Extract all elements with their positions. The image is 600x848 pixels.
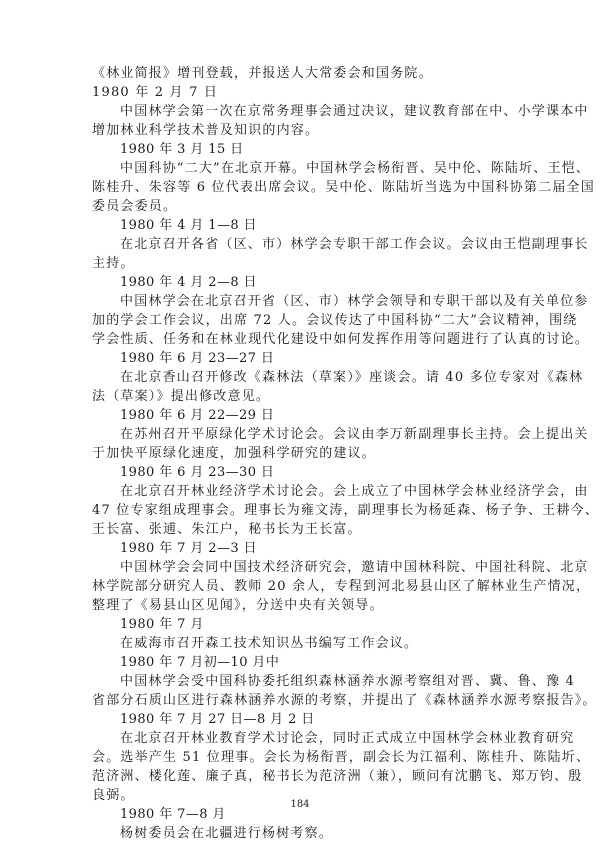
entry-date: 1980 年 6 月 23—27 日: [92, 349, 508, 368]
text-line: 法（草案）》提出修改意见。: [92, 387, 508, 406]
text-line: 委员会委员。: [92, 197, 508, 216]
entry-date: 1980 年 7 月 2—3 日: [92, 539, 508, 558]
text-line: 林学院部分研究人员、教师 20 余人，专程到河北易县山区了解林业生产情况，: [92, 577, 508, 596]
text-line: 在北京香山召开修改《森林法（草案）》座谈会。请 40 多位专家对《森林: [92, 368, 508, 387]
text-line: 范济洲、楼化莲、廉子真，秘书长为范济洲（兼），顾问有沈鹏飞、郑万钧、殷: [92, 767, 508, 786]
text-line: 省部分石质山区进行森林涵养水源的考察，并提出了《森林涵养水源考察报告》。: [92, 691, 508, 710]
text-line: 在威海市召开森工技术知识丛书编写工作会议。: [92, 634, 508, 653]
text-line: 增加林业科学技术普及知识的内容。: [92, 121, 508, 140]
text-line: 《林业简报》增刊登载，并报送人大常委会和国务院。: [92, 64, 508, 83]
entry-date: 1980 年 4 月 2—8 日: [92, 273, 508, 292]
text-line: 在苏州召开平原绿化学术讨论会。会议由李万新副理事长主持。会上提出关: [92, 425, 508, 444]
text-line: 会。选举产生 51 位理事。会长为杨衔晋，副会长为江福利、陈桂升、陈陆圻、: [92, 748, 508, 767]
text-line: 主持。: [92, 254, 508, 273]
entry-date: 1980 年 6 月 22—29 日: [92, 406, 508, 425]
text-line: 在北京召开林业经济学术讨论会。会上成立了中国林学会林业经济学会，由: [92, 482, 508, 501]
text-line: 中国林学会在北京召开省（区、市）林学会领导和专职干部以及有关单位参: [92, 292, 508, 311]
entry-date: 1980 年 7 月 27 日—8 月 2 日: [92, 710, 508, 729]
text-line: 在北京召开林业教育学术讨论会，同时正式成立中国林学会林业教育研究: [92, 729, 508, 748]
text-line: 学会性质、任务和在林业现代化建设中如何发挥作用等问题进行了认真的讨论。: [92, 330, 508, 349]
entry-date: 1980 年 2 月 7 日: [92, 83, 508, 102]
text-line: 中国林学会会同中国技术经济研究会，邀请中国林科院、中国社科院、北京: [92, 558, 508, 577]
text-line: 在北京召开各省（区、市）林学会专职干部工作会议。会议由王恺副理事长: [92, 235, 508, 254]
text-line: 47 位专家组成理事会。理事长为雍文涛，副理事长为杨延森、杨子争、王耕今、: [92, 501, 508, 520]
text-line: 整理了《易县山区见闻》，分送中央有关领导。: [92, 596, 508, 615]
text-line: 中国科协“二大”在北京开幕。中国林学会杨衔晋、吴中伦、陈陆圻、王恺、: [92, 159, 508, 178]
text-line: 于加快平原绿化速度，加强科学研究的建议。: [92, 444, 508, 463]
entry-date: 1980 年 6 月 23—30 日: [92, 463, 508, 482]
text-line: 陈桂升、朱容等 6 位代表出席会议。吴中伦、陈陆圻当选为中国科协第二届全国: [92, 178, 508, 197]
text-line: 杨树委员会在北疆进行杨树考察。: [92, 824, 508, 843]
text-line: 中国林学会受中国科协委托组织森林涵养水源考察组对晋、冀、鲁、豫 4: [92, 672, 508, 691]
text-line: 加的学会工作会议，出席 72 人。会议传达了中国科协“二大”会议精神，围绕: [92, 311, 508, 330]
entry-date: 1980 年 4 月 1—8 日: [92, 216, 508, 235]
text-line: 王长富、张逋、朱江户，秘书长为王长富。: [92, 520, 508, 539]
document-body: 《林业简报》增刊登载，并报送人大常委会和国务院。1980 年 2 月 7 日中国…: [92, 64, 508, 843]
page-number: 184: [0, 799, 600, 810]
entry-date: 1980 年 7 月初—10 月中: [92, 653, 508, 672]
text-line: 中国林学会第一次在京常务理事会通过决议，建议教育部在中、小学课本中: [92, 102, 508, 121]
entry-date: 1980 年 3 月 15 日: [92, 140, 508, 159]
entry-date: 1980 年 7 月: [92, 615, 508, 634]
